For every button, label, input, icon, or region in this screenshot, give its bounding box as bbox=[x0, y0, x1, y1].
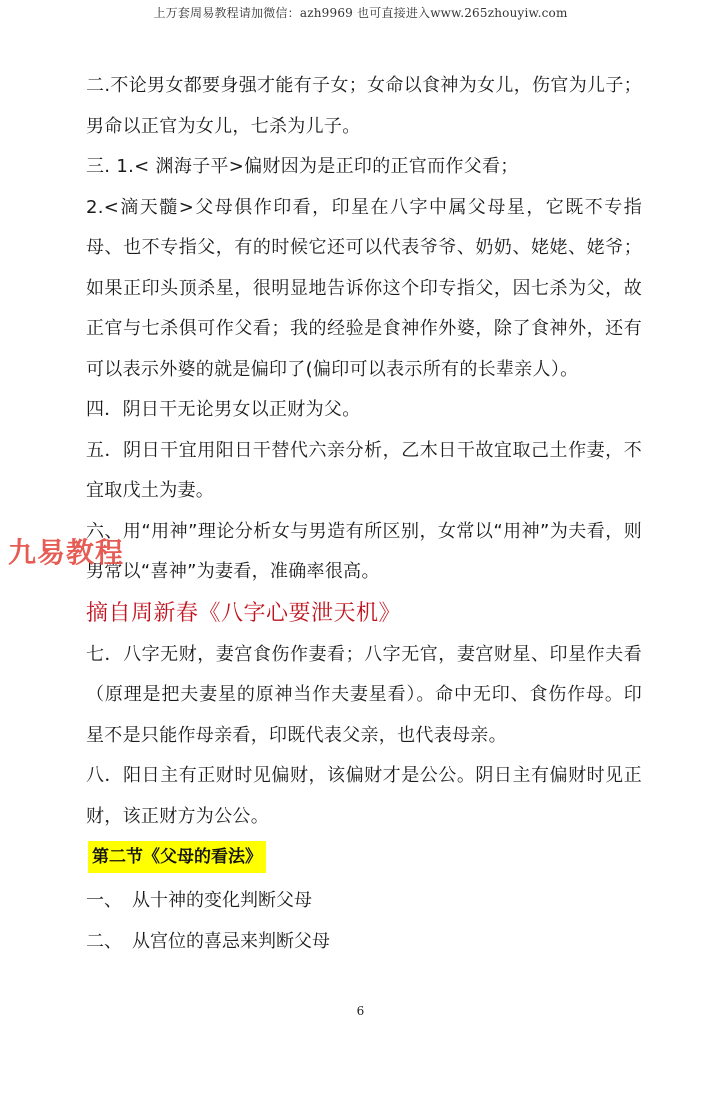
paragraph-item-6: 六、用“用神”理论分析女与男造有所区别，女常以“用神”为夫看，则男常以“喜神”为… bbox=[86, 512, 642, 593]
paragraph-item-3-1: 三. 1.< 渊海子平>偏财因为是正印的正官而作父看； bbox=[86, 147, 642, 188]
list-item-number: 二、 bbox=[86, 922, 132, 963]
list-item: 一、从十神的变化判断父母 bbox=[86, 881, 642, 922]
paragraph-item-4: 四．阴日干无论男女以正财为父。 bbox=[86, 390, 642, 431]
paragraph-item-5: 五．阴日干宜用阳日干替代六亲分析，乙木日干故宜取己土作妻，不宜取戊土为妻。 bbox=[86, 431, 642, 512]
section-heading: 第二节《父母的看法》 bbox=[88, 841, 266, 873]
paragraph-item-8: 八．阳日主有正财时见偏财，该偏财才是公公。阴日主有偏财时见正财，该正财方为公公。 bbox=[86, 756, 642, 837]
document-body: 二.不论男女都要身强才能有子女；女命以食神为女儿，伤官为儿子；男命以正官为女儿，… bbox=[86, 66, 642, 962]
list-item-text: 从宫位的喜忌来判断父母 bbox=[132, 931, 330, 952]
list-item-text: 从十神的变化判断父母 bbox=[132, 890, 312, 911]
paragraph-item-7: 七．八字无财，妻宫食伤作妻看；八字无官，妻宫财星、印星作夫看（原理是把夫妻星的原… bbox=[86, 635, 642, 757]
page-number: 6 bbox=[0, 1004, 721, 1018]
paragraph-item-2: 二.不论男女都要身强才能有子女；女命以食神为女儿，伤官为儿子；男命以正官为女儿，… bbox=[86, 66, 642, 147]
list-item: 二、从宫位的喜忌来判断父母 bbox=[86, 922, 642, 963]
list-item-number: 一、 bbox=[86, 881, 132, 922]
header-banner: 上万套周易教程请加微信：azh9969 也可直接进入www.265zhouyiw… bbox=[0, 4, 721, 21]
paragraph-item-3-2: 2.<滴天髓>父母俱作印看，印星在八字中属父母星，它既不专指母、也不专指父，有的… bbox=[86, 188, 642, 391]
section-heading-container: 第二节《父母的看法》 bbox=[86, 841, 642, 875]
source-heading: 摘自周新春《八字心要泄天机》 bbox=[86, 593, 642, 635]
watermark-logo: 九易教程 bbox=[8, 531, 124, 571]
